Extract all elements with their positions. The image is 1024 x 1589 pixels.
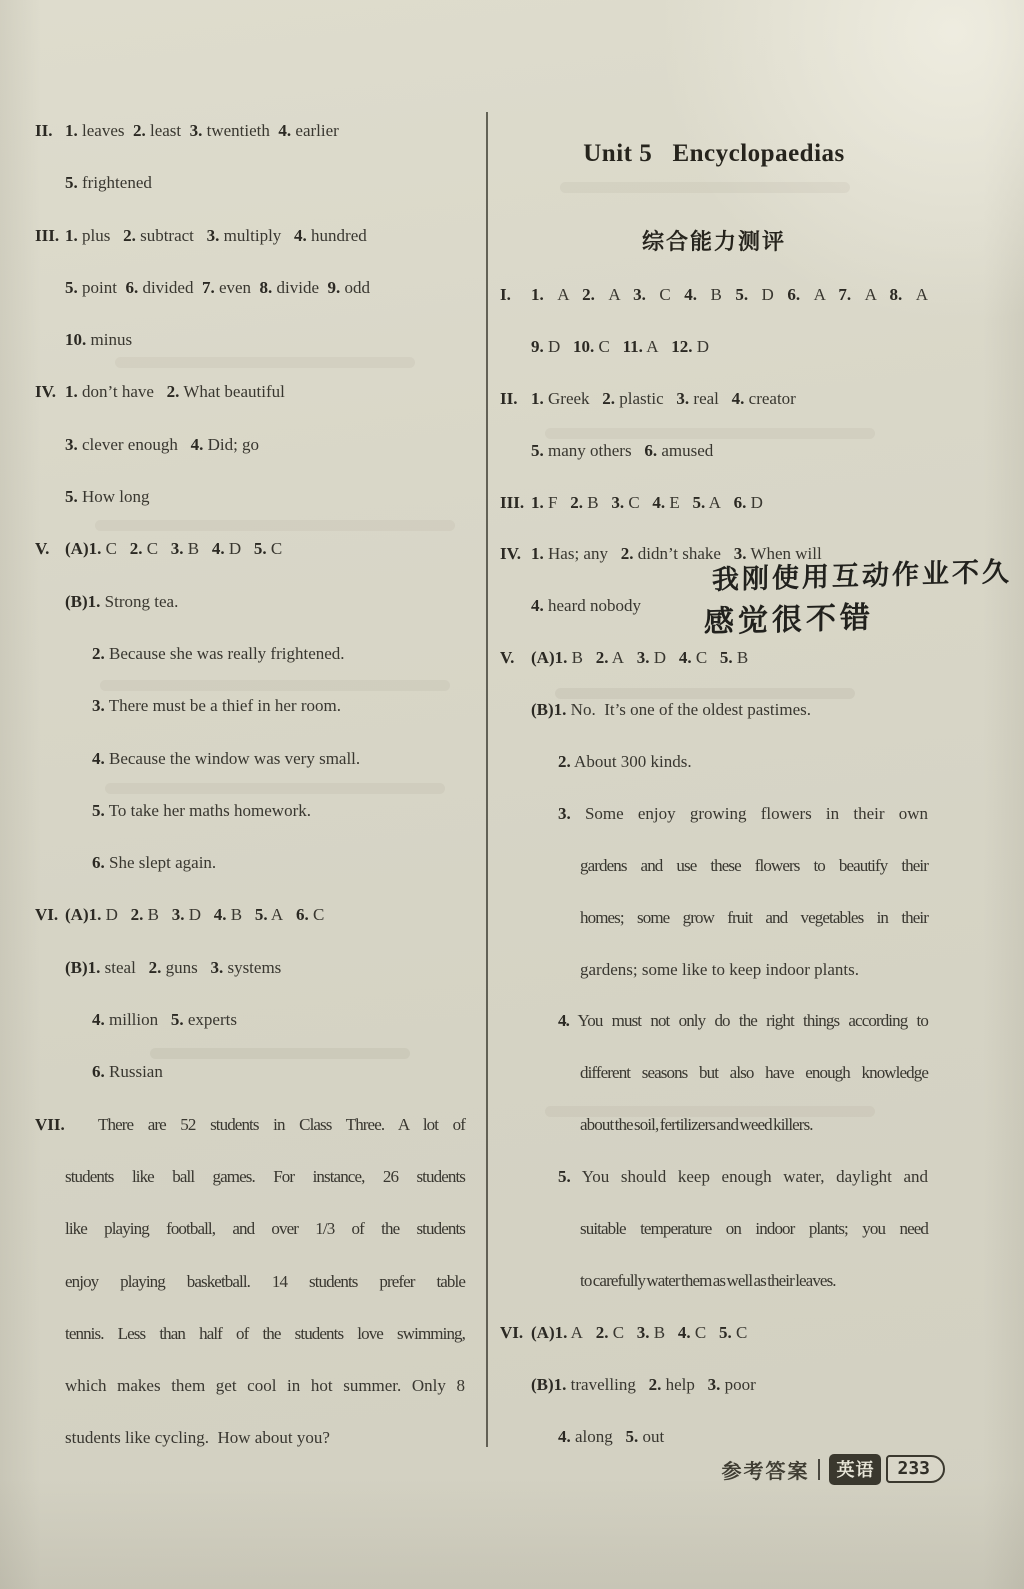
answer-line: students like cycling. How about you? xyxy=(35,1412,465,1464)
answer-text: suitable temperature on indoor plants; y… xyxy=(580,1203,928,1255)
answer-line: (B)1. steal 2. guns 3. systems xyxy=(35,942,465,994)
answer-line: 2. About 300 kinds. xyxy=(500,736,928,788)
answer-text: different seasons but also have enough k… xyxy=(580,1047,928,1099)
answer-line: VII.There are 52 students in Class Three… xyxy=(35,1099,465,1151)
answer-text: 1. leaves 2. least 3. twentieth 4. earli… xyxy=(65,105,465,157)
scanned-answer-page: Unit 5 Encyclopaedias 综合能力测评 II.1. leave… xyxy=(0,0,1024,1589)
answer-line: 6. She slept again. xyxy=(35,837,465,889)
answer-line: enjoy playing basketball. 14 students pr… xyxy=(35,1256,465,1308)
answer-line: which makes them get cool in hot summer.… xyxy=(35,1360,465,1412)
answer-text: 2. Because she was really frightened. xyxy=(92,628,465,680)
answer-text: homes; some grow fruit and vegetables in… xyxy=(580,892,928,944)
answer-line: 3. clever enough 4. Did; go xyxy=(35,419,465,471)
answer-line: homes; some grow fruit and vegetables in… xyxy=(500,892,928,944)
answer-text: 3. There must be a thief in her room. xyxy=(92,680,465,732)
answer-line: V.(A)1. C 2. C 3. B 4. D 5. C xyxy=(35,523,465,575)
answer-text: 5. frightened xyxy=(65,157,465,209)
answer-line: 5. To take her maths homework. xyxy=(35,785,465,837)
answer-text: 1. A 2. A 3. C 4. B 5. D 6. A 7. A 8. A xyxy=(531,269,928,321)
reference-answers-label: 参考答案 xyxy=(721,1455,809,1484)
answer-text: 6. Russian xyxy=(92,1046,465,1098)
page-number-badge: 233 xyxy=(886,1455,945,1483)
section-roman-numeral: V. xyxy=(35,523,49,575)
answer-line: (B)1. Strong tea. xyxy=(35,576,465,628)
answer-line: (B)1. travelling 2. help 3. poor xyxy=(500,1359,928,1411)
answer-line: suitable temperature on indoor plants; y… xyxy=(500,1203,928,1255)
answer-line: like playing football, and over 1/3 of t… xyxy=(35,1203,465,1255)
answer-text: gardens and use these flowers to beautif… xyxy=(580,840,928,892)
answer-line: 6. Russian xyxy=(35,1046,465,1098)
answer-line: VI.(A)1. A 2. C 3. B 4. C 5. C xyxy=(500,1307,928,1359)
section-roman-numeral: I. xyxy=(500,269,511,321)
answer-line: 3. Some enjoy growing flowers in their o… xyxy=(500,788,928,840)
answer-text: 4. million 5. experts xyxy=(92,994,465,1046)
answer-text: There are 52 students in Class Three. A … xyxy=(65,1099,465,1151)
answer-column-right: I.1. A 2. A 3. C 4. B 5. D 6. A 7. A 8. … xyxy=(500,269,928,1462)
answer-line: different seasons but also have enough k… xyxy=(500,1047,928,1099)
answer-text: (B)1. No. It’s one of the oldest pastime… xyxy=(531,684,928,736)
answer-text: 3. clever enough 4. Did; go xyxy=(65,419,465,471)
section-roman-numeral: II. xyxy=(35,105,52,157)
answer-text: (B)1. steal 2. guns 3. systems xyxy=(65,942,465,994)
answer-text: tennis. Less than half of the students l… xyxy=(65,1308,465,1360)
answer-text: 1. Greek 2. plastic 3. real 4. creator xyxy=(531,373,928,425)
answer-line: III.1. plus 2. subtract 3. multiply 4. h… xyxy=(35,210,465,262)
test-subheading: 综合能力测评 xyxy=(500,225,928,256)
section-roman-numeral: VI. xyxy=(35,889,58,941)
answer-text: about the soil, fertilizers and weed kil… xyxy=(580,1099,928,1151)
answer-text: to carefully water them as well as their… xyxy=(580,1255,928,1307)
footer-divider-bar xyxy=(818,1459,820,1480)
answer-text: like playing football, and over 1/3 of t… xyxy=(65,1203,465,1255)
answer-line: 5. many others 6. amused xyxy=(500,425,928,477)
section-roman-numeral: VII. xyxy=(35,1099,65,1151)
answer-text: (A)1. D 2. B 3. D 4. B 5. A 6. C xyxy=(65,889,465,941)
answer-line: I.1. A 2. A 3. C 4. B 5. D 6. A 7. A 8. … xyxy=(500,269,928,321)
answer-line: 4. Because the window was very small. xyxy=(35,733,465,785)
handwritten-note-line2: 感觉很不错 xyxy=(704,592,874,641)
subject-badge: 英语 xyxy=(829,1454,881,1485)
section-roman-numeral: V. xyxy=(500,632,514,684)
answer-line: 4. million 5. experts xyxy=(35,994,465,1046)
answer-line: 10. minus xyxy=(35,314,465,366)
bleed-through-smudge xyxy=(560,182,850,193)
answer-text: (A)1. A 2. C 3. B 4. C 5. C xyxy=(531,1307,928,1359)
answer-text: 2. About 300 kinds. xyxy=(558,736,928,788)
answer-line: 9. D 10. C 11. A 12. D xyxy=(500,321,928,373)
answer-text: (A)1. C 2. C 3. B 4. D 5. C xyxy=(65,523,465,575)
handwritten-note-line1: 我刚使用互动作业不久 xyxy=(712,550,1012,597)
answer-line: (B)1. No. It’s one of the oldest pastime… xyxy=(500,684,928,736)
answer-text: students like ball games. For instance, … xyxy=(65,1151,465,1203)
answer-text: (B)1. Strong tea. xyxy=(65,576,465,628)
answer-text: 5. many others 6. amused xyxy=(531,425,928,477)
answer-text: 1. don’t have 2. What beautiful xyxy=(65,366,465,418)
answer-text: 6. She slept again. xyxy=(92,837,465,889)
answer-line: gardens; some like to keep indoor plants… xyxy=(500,944,928,996)
answer-line: II.1. Greek 2. plastic 3. real 4. creato… xyxy=(500,373,928,425)
page-footer: 参考答案 英语 233 xyxy=(600,1452,945,1486)
answer-text: gardens; some like to keep indoor plants… xyxy=(580,944,928,996)
answer-line: about the soil, fertilizers and weed kil… xyxy=(500,1099,928,1151)
answer-line: VI.(A)1. D 2. B 3. D 4. B 5. A 6. C xyxy=(35,889,465,941)
answer-line: tennis. Less than half of the students l… xyxy=(35,1308,465,1360)
answer-text: 1. plus 2. subtract 3. multiply 4. hundr… xyxy=(65,210,465,262)
section-roman-numeral: IV. xyxy=(500,528,521,580)
answer-text: students like cycling. How about you? xyxy=(65,1412,465,1464)
section-roman-numeral: III. xyxy=(500,477,524,529)
answer-line: students like ball games. For instance, … xyxy=(35,1151,465,1203)
answer-line: 5. point 6. divided 7. even 8. divide 9.… xyxy=(35,262,465,314)
answer-text: enjoy playing basketball. 14 students pr… xyxy=(65,1256,465,1308)
answer-text: 9. D 10. C 11. A 12. D xyxy=(531,321,928,373)
answer-line: IV.1. don’t have 2. What beautiful xyxy=(35,366,465,418)
answer-line: 3. There must be a thief in her room. xyxy=(35,680,465,732)
answer-line: 2. Because she was really frightened. xyxy=(35,628,465,680)
answer-text: 4. You must not only do the right things… xyxy=(558,995,928,1047)
answer-text: 3. Some enjoy growing flowers in their o… xyxy=(558,788,928,840)
answer-text: 1. F 2. B 3. C 4. E 5. A 6. D xyxy=(531,477,928,529)
unit-heading: Unit 5 Encyclopaedias xyxy=(500,140,928,168)
section-roman-numeral: VI. xyxy=(500,1307,523,1359)
answer-line: 5. How long xyxy=(35,471,465,523)
answer-text: 5. To take her maths homework. xyxy=(92,785,465,837)
answer-text: 5. You should keep enough water, dayligh… xyxy=(558,1151,928,1203)
answer-text: which makes them get cool in hot summer.… xyxy=(65,1360,465,1412)
answer-line: 4. You must not only do the right things… xyxy=(500,995,928,1047)
answer-column-left: II.1. leaves 2. least 3. twentieth 4. ea… xyxy=(35,105,465,1465)
answer-line: to carefully water them as well as their… xyxy=(500,1255,928,1307)
answer-line: gardens and use these flowers to beautif… xyxy=(500,840,928,892)
column-divider-rule xyxy=(486,112,488,1447)
section-roman-numeral: IV. xyxy=(35,366,56,418)
answer-text: 10. minus xyxy=(65,314,465,366)
section-roman-numeral: III. xyxy=(35,210,59,262)
answer-text: 5. How long xyxy=(65,471,465,523)
answer-text: 5. point 6. divided 7. even 8. divide 9.… xyxy=(65,262,465,314)
section-roman-numeral: II. xyxy=(500,373,517,425)
answer-text: (B)1. travelling 2. help 3. poor xyxy=(531,1359,928,1411)
answer-line: 5. frightened xyxy=(35,157,465,209)
answer-line: II.1. leaves 2. least 3. twentieth 4. ea… xyxy=(35,105,465,157)
answer-text: 4. Because the window was very small. xyxy=(92,733,465,785)
answer-line: 5. You should keep enough water, dayligh… xyxy=(500,1151,928,1203)
answer-line: III.1. F 2. B 3. C 4. E 5. A 6. D xyxy=(500,477,928,529)
